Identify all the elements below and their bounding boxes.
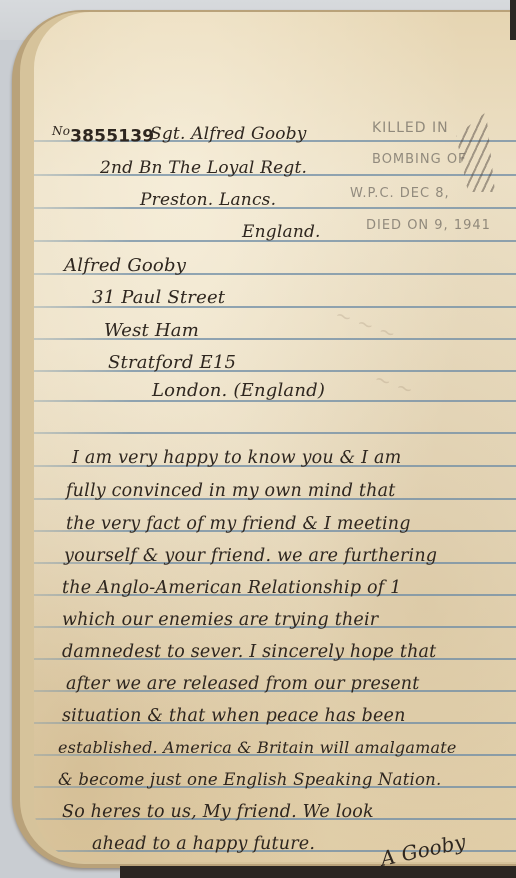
- stamp-line-1: KILLED IN: [372, 120, 449, 136]
- message-line: So heres to us, My friend. We look: [62, 802, 374, 822]
- service-number: No3855139: [52, 124, 154, 147]
- message-line: yourself & your friend. we are furtherin…: [64, 546, 437, 566]
- stamp-line-3: W.P.C. DEC 8,: [350, 186, 450, 201]
- stamp-line-4: DIED ON 9, 1941: [366, 218, 491, 233]
- header-name: Sgt. Alfred Gooby: [150, 124, 307, 144]
- message-line: established. America & Britain will amal…: [58, 738, 457, 757]
- address-district: West Ham: [104, 320, 199, 341]
- background-dark-edge: [510, 0, 516, 40]
- ruled-line: [34, 432, 516, 434]
- message-line: after we are released from our present: [66, 674, 420, 694]
- background-dark-edge: [120, 866, 516, 878]
- message-line: the very fact of my friend & I meeting: [66, 514, 411, 534]
- message-line: which our enemies are trying their: [62, 610, 378, 630]
- address-name: Alfred Gooby: [64, 255, 186, 276]
- stamp-line-2: BOMBING OF: [372, 152, 467, 167]
- message-line: ahead to a happy future.: [92, 834, 315, 854]
- message-line: I am very happy to know you & I am: [72, 448, 401, 468]
- message-line: & become just one English Speaking Natio…: [58, 770, 441, 789]
- header-town: Preston. Lancs.: [140, 190, 276, 210]
- address-city: London. (England): [152, 380, 325, 401]
- address-street: 31 Paul Street: [92, 287, 225, 308]
- message-line: damnedest to sever. I sincerely hope tha…: [62, 642, 436, 662]
- message-line: fully convinced in my own mind that: [66, 481, 396, 501]
- ruled-line: [34, 370, 516, 372]
- message-line: situation & that when peace has been: [62, 706, 406, 726]
- address-town: Stratford E15: [108, 352, 236, 373]
- message-line: the Anglo-American Relationship of 1: [62, 578, 402, 598]
- header-battalion: 2nd Bn The Loyal Regt.: [100, 158, 307, 178]
- header-country: England.: [242, 222, 321, 242]
